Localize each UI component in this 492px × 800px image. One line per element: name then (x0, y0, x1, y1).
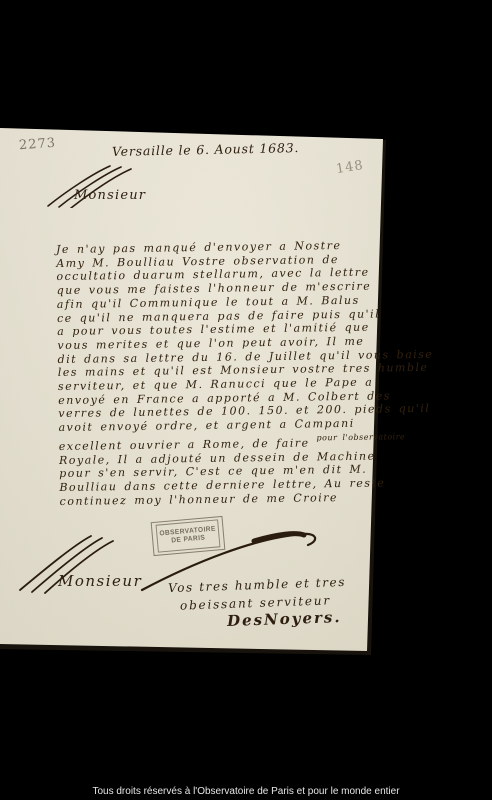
scan-page: { "scan": { "background_color": "#000000… (0, 0, 492, 800)
interlinear-insertion: pour l'observatoire (316, 432, 405, 442)
closing-salutation: Monsieur (58, 572, 142, 590)
copyright-footer: Tous droits réservés à l'Observatoire de… (0, 786, 492, 797)
archive-number: 2273 (19, 136, 57, 154)
salutation: Monsieur (74, 188, 146, 203)
copyright-text: Tous droits réservés à l'Observatoire de… (92, 786, 399, 797)
letter-body: Je n'ay pas manqué d'envoyer a Nostre Am… (56, 238, 440, 509)
